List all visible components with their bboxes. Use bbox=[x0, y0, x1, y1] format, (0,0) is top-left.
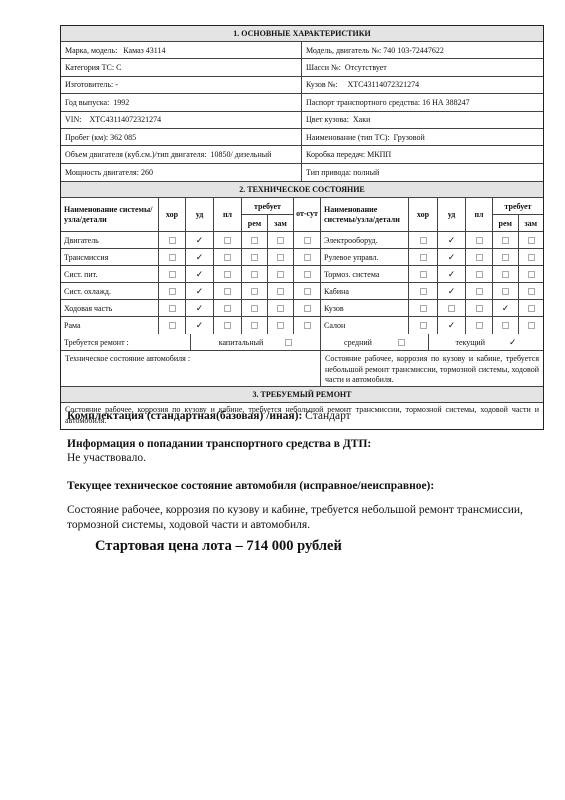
condition-cell[interactable] bbox=[519, 317, 543, 334]
checkbox-icon[interactable] bbox=[277, 288, 284, 295]
condition-cell[interactable] bbox=[214, 283, 242, 299]
checkbox-icon[interactable] bbox=[502, 237, 509, 244]
characteristic-left: Марка, модель: Камаз 43114 bbox=[61, 42, 302, 58]
condition-row: Ходовая часть✓Кузов✓ bbox=[61, 300, 543, 317]
checkmark-icon[interactable]: ✓ bbox=[448, 236, 456, 245]
checkbox-icon[interactable] bbox=[251, 254, 258, 261]
condition-cell[interactable]: ✓ bbox=[186, 249, 214, 265]
condition-cell[interactable] bbox=[519, 266, 543, 282]
checkbox-icon[interactable] bbox=[528, 237, 535, 244]
header-poor: пл bbox=[214, 198, 242, 231]
checkbox-icon[interactable] bbox=[277, 305, 284, 312]
component-name: Рулевое управл. bbox=[321, 249, 409, 265]
characteristic-left: Пробег (км): 362 085 bbox=[61, 129, 302, 145]
condition-cell[interactable]: ✓ bbox=[186, 232, 214, 248]
header-repair: рем bbox=[242, 215, 268, 231]
checkmark-icon[interactable]: ✓ bbox=[196, 287, 204, 296]
checkbox-icon[interactable] bbox=[448, 305, 455, 312]
condition-cell[interactable] bbox=[438, 300, 466, 316]
characteristics-row: Пробег (км): 362 085Наименование (тип ТС… bbox=[61, 129, 543, 146]
header-requires-group-right: требует рем зам bbox=[493, 198, 543, 231]
accident-value: Не участвовало. bbox=[67, 452, 547, 464]
checkbox-icon[interactable] bbox=[277, 271, 284, 278]
vehicle-inspection-table: 1. ОСНОВНЫЕ ХАРАКТЕРИСТИКИ Марка, модель… bbox=[60, 25, 544, 430]
repair-option-current[interactable]: текущий ✓ bbox=[429, 334, 543, 350]
checkbox-icon[interactable] bbox=[304, 305, 311, 312]
component-name: Салон bbox=[321, 317, 409, 334]
checkbox-icon[interactable] bbox=[224, 288, 231, 295]
characteristic-left: VIN: ХТС43114072321274 bbox=[61, 112, 302, 128]
characteristics-row: VIN: ХТС43114072321274Цвет кузова: Хаки bbox=[61, 112, 543, 129]
condition-cell[interactable] bbox=[466, 249, 493, 265]
condition-cell[interactable] bbox=[159, 317, 186, 334]
characteristic-right: Модель, двигатель №: 740 103-72447622 bbox=[302, 42, 543, 58]
condition-cell[interactable] bbox=[268, 232, 294, 248]
condition-cell[interactable] bbox=[159, 232, 186, 248]
characteristic-left: Объем двигателя (куб.см.)/тип двигателя:… bbox=[61, 146, 302, 162]
condition-cell[interactable] bbox=[214, 300, 242, 316]
condition-cell[interactable] bbox=[214, 232, 242, 248]
condition-cell[interactable] bbox=[519, 300, 543, 316]
checkmark-icon[interactable]: ✓ bbox=[196, 321, 204, 330]
checkbox-icon[interactable] bbox=[251, 305, 258, 312]
checkbox-icon[interactable] bbox=[169, 288, 176, 295]
condition-cell[interactable] bbox=[493, 249, 519, 265]
checkbox-icon[interactable] bbox=[224, 271, 231, 278]
condition-cell[interactable]: ✓ bbox=[438, 266, 466, 282]
characteristic-right: Цвет кузова: Хаки bbox=[302, 112, 543, 128]
characteristics-row: Объем двигателя (куб.см.)/тип двигателя:… bbox=[61, 146, 543, 163]
characteristic-right: Шасси №: Отсутствует bbox=[302, 59, 543, 75]
condition-cell[interactable] bbox=[466, 283, 493, 299]
condition-cell[interactable] bbox=[466, 300, 493, 316]
condition-cell[interactable] bbox=[214, 249, 242, 265]
starting-price: Стартовая цена лота – 714 000 рублей bbox=[95, 538, 342, 555]
checkbox-icon[interactable] bbox=[476, 254, 483, 261]
condition-label: Текущее техническое состояние автомобиля… bbox=[67, 480, 547, 492]
checkmark-icon[interactable]: ✓ bbox=[448, 270, 456, 279]
header-requires-right: требует bbox=[493, 198, 543, 215]
condition-cell[interactable] bbox=[159, 249, 186, 265]
condition-cell[interactable]: ✓ bbox=[438, 317, 466, 334]
checkbox-icon[interactable] bbox=[476, 322, 483, 329]
condition-cell[interactable] bbox=[268, 266, 294, 282]
characteristic-right: Кузов №: ХТС43114072321274 bbox=[302, 77, 543, 93]
condition-cell[interactable]: ✓ bbox=[186, 317, 214, 334]
checkbox-icon[interactable] bbox=[224, 322, 231, 329]
checkmark-icon[interactable]: ✓ bbox=[502, 304, 510, 313]
condition-cell[interactable] bbox=[268, 249, 294, 265]
repair-option-capital-label: капитальный bbox=[219, 338, 264, 347]
condition-row: Трансмиссия✓Рулевое управл.✓ bbox=[61, 249, 543, 266]
checkmark-icon[interactable]: ✓ bbox=[448, 287, 456, 296]
condition-cell[interactable] bbox=[242, 317, 268, 334]
section2-title: 2. ТЕХНИЧЕСКОЕ СОСТОЯНИЕ bbox=[61, 181, 543, 198]
condition-cell[interactable] bbox=[159, 266, 186, 282]
checkbox-icon[interactable] bbox=[224, 305, 231, 312]
checkbox-icon[interactable] bbox=[224, 237, 231, 244]
characteristic-right: Паспорт транспортного средства: 16 НА 38… bbox=[302, 94, 543, 110]
condition-cell[interactable] bbox=[466, 317, 493, 334]
condition-cell[interactable] bbox=[409, 249, 438, 265]
condition-value: Состояние рабочее, коррозия по кузову и … bbox=[67, 503, 547, 533]
condition-cell[interactable] bbox=[519, 232, 543, 248]
header-name-right: Наименование системы/узла/детали bbox=[321, 198, 409, 231]
checkbox-icon[interactable] bbox=[277, 237, 284, 244]
checkbox-icon[interactable] bbox=[285, 339, 292, 346]
characteristic-left: Изготовитель: - bbox=[61, 77, 302, 93]
repair-option-medium[interactable]: средний bbox=[321, 334, 429, 350]
condition-row: Сист. охлажд.✓Кабина✓ bbox=[61, 283, 543, 300]
condition-cell[interactable] bbox=[294, 317, 321, 334]
checkbox-icon[interactable] bbox=[304, 288, 311, 295]
condition-cell[interactable] bbox=[214, 266, 242, 282]
characteristics-row: Изготовитель: -Кузов №: ХТС4311407232127… bbox=[61, 77, 543, 94]
checkmark-icon[interactable]: ✓ bbox=[196, 304, 204, 313]
condition-cell[interactable] bbox=[294, 232, 321, 248]
checkmark-icon[interactable]: ✓ bbox=[196, 270, 204, 279]
condition-cell[interactable] bbox=[519, 249, 543, 265]
condition-header-row: Наименование системы/узла/детали хор уд … bbox=[61, 198, 543, 232]
condition-cell[interactable] bbox=[159, 283, 186, 299]
condition-cell[interactable] bbox=[519, 283, 543, 299]
checkbox-icon[interactable] bbox=[251, 271, 258, 278]
checkbox-icon[interactable] bbox=[169, 237, 176, 244]
condition-cell[interactable] bbox=[409, 317, 438, 334]
checkbox-icon[interactable] bbox=[251, 237, 258, 244]
header-replace: зам bbox=[268, 215, 293, 231]
tech-state-value: Состояние рабочее, коррозия по кузову и … bbox=[321, 351, 543, 386]
characteristic-right: Тип привода: полный bbox=[302, 164, 543, 181]
condition-cell[interactable] bbox=[294, 266, 321, 282]
characteristics-row: Мощность двигателя: 260Тип привода: полн… bbox=[61, 164, 543, 181]
condition-cell[interactable] bbox=[409, 300, 438, 316]
component-name: Трансмиссия bbox=[61, 249, 159, 265]
condition-cell[interactable] bbox=[493, 266, 519, 282]
header-requires: требует bbox=[242, 198, 293, 215]
component-name: Сист. охлажд. bbox=[61, 283, 159, 299]
component-name: Электрооборуд. bbox=[321, 232, 409, 248]
accident-label: Информация о попадании транспортного сре… bbox=[67, 438, 547, 450]
header-replace-right: зам bbox=[519, 215, 544, 231]
checkbox-icon[interactable] bbox=[476, 237, 483, 244]
checkbox-icon[interactable] bbox=[224, 254, 231, 261]
condition-cell[interactable] bbox=[268, 317, 294, 334]
header-absent: от-сут bbox=[294, 198, 321, 231]
checkbox-icon[interactable] bbox=[251, 322, 258, 329]
repair-required-row: Требуется ремонт : капитальный средний т… bbox=[61, 334, 543, 351]
characteristics-row: Марка, модель: Камаз 43114Модель, двигат… bbox=[61, 42, 543, 59]
condition-cell[interactable] bbox=[493, 317, 519, 334]
checkbox-icon[interactable] bbox=[420, 237, 427, 244]
condition-cell[interactable] bbox=[466, 266, 493, 282]
condition-cell[interactable] bbox=[159, 300, 186, 316]
component-name: Ходовая часть bbox=[61, 300, 159, 316]
header-good-right: хор bbox=[409, 198, 438, 231]
condition-cell[interactable]: ✓ bbox=[493, 300, 519, 316]
characteristic-left: Год выпуска: 1992 bbox=[61, 94, 302, 110]
checkbox-icon[interactable] bbox=[277, 254, 284, 261]
checkbox-icon[interactable] bbox=[169, 305, 176, 312]
checkmark-icon[interactable]: ✓ bbox=[448, 321, 456, 330]
condition-cell[interactable]: ✓ bbox=[438, 232, 466, 248]
checkbox-icon[interactable] bbox=[304, 271, 311, 278]
repair-required-label: Требуется ремонт : bbox=[61, 334, 191, 350]
condition-cell[interactable]: ✓ bbox=[438, 283, 466, 299]
condition-cell[interactable]: ✓ bbox=[186, 283, 214, 299]
checkbox-icon[interactable] bbox=[251, 288, 258, 295]
condition-cell[interactable] bbox=[466, 232, 493, 248]
condition-cell[interactable] bbox=[409, 283, 438, 299]
header-satisfactory-right: уд bbox=[438, 198, 466, 231]
condition-row: Рама✓Салон✓ bbox=[61, 317, 543, 334]
repair-option-capital[interactable]: капитальный bbox=[191, 334, 321, 350]
condition-cell[interactable] bbox=[409, 232, 438, 248]
tech-state-label: Техническое состояние автомобиля : bbox=[61, 351, 321, 386]
condition-row: Двигатель✓Электрооборуд.✓ bbox=[61, 232, 543, 249]
condition-cell[interactable] bbox=[294, 300, 321, 316]
checkmark-icon[interactable]: ✓ bbox=[509, 338, 517, 347]
checkbox-icon[interactable] bbox=[476, 288, 483, 295]
characteristic-left: Категория ТС: С bbox=[61, 59, 302, 75]
checkbox-icon[interactable] bbox=[169, 271, 176, 278]
checkbox-icon[interactable] bbox=[528, 254, 535, 261]
checkbox-icon[interactable] bbox=[169, 254, 176, 261]
characteristics-row: Год выпуска: 1992Паспорт транспортного с… bbox=[61, 94, 543, 111]
characteristic-right: Коробка передач: МКПП bbox=[302, 146, 543, 162]
characteristic-left: Мощность двигателя: 260 bbox=[61, 164, 302, 181]
equipment-line: Комплектация (стандартная(базовая) /иная… bbox=[67, 410, 547, 422]
condition-cell[interactable] bbox=[493, 232, 519, 248]
checkbox-icon[interactable] bbox=[304, 237, 311, 244]
checkbox-icon[interactable] bbox=[528, 271, 535, 278]
component-name: Кабина bbox=[321, 283, 409, 299]
checkbox-icon[interactable] bbox=[528, 322, 535, 329]
condition-cell[interactable] bbox=[294, 283, 321, 299]
component-name: Сист. пит. bbox=[61, 266, 159, 282]
header-requires-group: требует рем зам bbox=[242, 198, 294, 231]
checkbox-icon[interactable] bbox=[420, 254, 427, 261]
checkbox-icon[interactable] bbox=[169, 322, 176, 329]
checkbox-icon[interactable] bbox=[502, 288, 509, 295]
checkbox-icon[interactable] bbox=[420, 271, 427, 278]
section1-title: 1. ОСНОВНЫЕ ХАРАКТЕРИСТИКИ bbox=[61, 26, 543, 42]
checkbox-icon[interactable] bbox=[528, 305, 535, 312]
checkmark-icon[interactable]: ✓ bbox=[196, 236, 204, 245]
checkbox-icon[interactable] bbox=[277, 322, 284, 329]
checkbox-icon[interactable] bbox=[476, 305, 483, 312]
equipment-value: Стандарт bbox=[302, 410, 350, 422]
component-name: Тормоз. система bbox=[321, 266, 409, 282]
component-name: Двигатель bbox=[61, 232, 159, 248]
repair-option-current-label: текущий bbox=[455, 338, 485, 347]
checkbox-icon[interactable] bbox=[420, 322, 427, 329]
header-satisfactory: уд bbox=[186, 198, 214, 231]
checkbox-icon[interactable] bbox=[304, 254, 311, 261]
condition-cell[interactable]: ✓ bbox=[438, 249, 466, 265]
characteristics-row: Категория ТС: СШасси №: Отсутствует bbox=[61, 59, 543, 76]
condition-cell[interactable] bbox=[294, 249, 321, 265]
checkbox-icon[interactable] bbox=[398, 339, 405, 346]
checkmark-icon[interactable]: ✓ bbox=[196, 253, 204, 262]
header-repair-right: рем bbox=[493, 215, 519, 231]
condition-cell[interactable] bbox=[493, 283, 519, 299]
checkmark-icon[interactable]: ✓ bbox=[448, 253, 456, 262]
checkbox-icon[interactable] bbox=[502, 254, 509, 261]
header-poor-right: пл bbox=[466, 198, 493, 231]
condition-cell[interactable] bbox=[409, 266, 438, 282]
characteristic-right: Наименование (тип ТС): Грузовой bbox=[302, 129, 543, 145]
section3-title: 3. ТРЕБУЕМЫЙ РЕМОНТ bbox=[61, 387, 543, 403]
checkbox-icon[interactable] bbox=[304, 322, 311, 329]
checkbox-icon[interactable] bbox=[476, 271, 483, 278]
component-name: Рама bbox=[61, 317, 159, 334]
equipment-label: Комплектация (стандартная(базовая) /иная… bbox=[67, 410, 302, 422]
condition-cell[interactable] bbox=[242, 283, 268, 299]
condition-cell[interactable] bbox=[268, 300, 294, 316]
checkbox-icon[interactable] bbox=[502, 271, 509, 278]
condition-cell[interactable]: ✓ bbox=[186, 266, 214, 282]
header-good: хор bbox=[159, 198, 186, 231]
repair-option-medium-label: средний bbox=[344, 338, 372, 347]
condition-cell[interactable] bbox=[242, 300, 268, 316]
tech-state-row: Техническое состояние автомобиля : Состо… bbox=[61, 351, 543, 387]
condition-cell[interactable] bbox=[242, 266, 268, 282]
checkbox-icon[interactable] bbox=[420, 288, 427, 295]
condition-cell[interactable] bbox=[242, 249, 268, 265]
checkbox-icon[interactable] bbox=[528, 288, 535, 295]
component-name: Кузов bbox=[321, 300, 409, 316]
condition-cell[interactable] bbox=[214, 317, 242, 334]
condition-cell[interactable] bbox=[242, 232, 268, 248]
condition-cell[interactable] bbox=[268, 283, 294, 299]
header-name: Наименование системы/узла/детали bbox=[61, 198, 159, 231]
condition-row: Сист. пит.✓Тормоз. система✓ bbox=[61, 266, 543, 283]
checkbox-icon[interactable] bbox=[420, 305, 427, 312]
checkbox-icon[interactable] bbox=[502, 322, 509, 329]
condition-cell[interactable]: ✓ bbox=[186, 300, 214, 316]
